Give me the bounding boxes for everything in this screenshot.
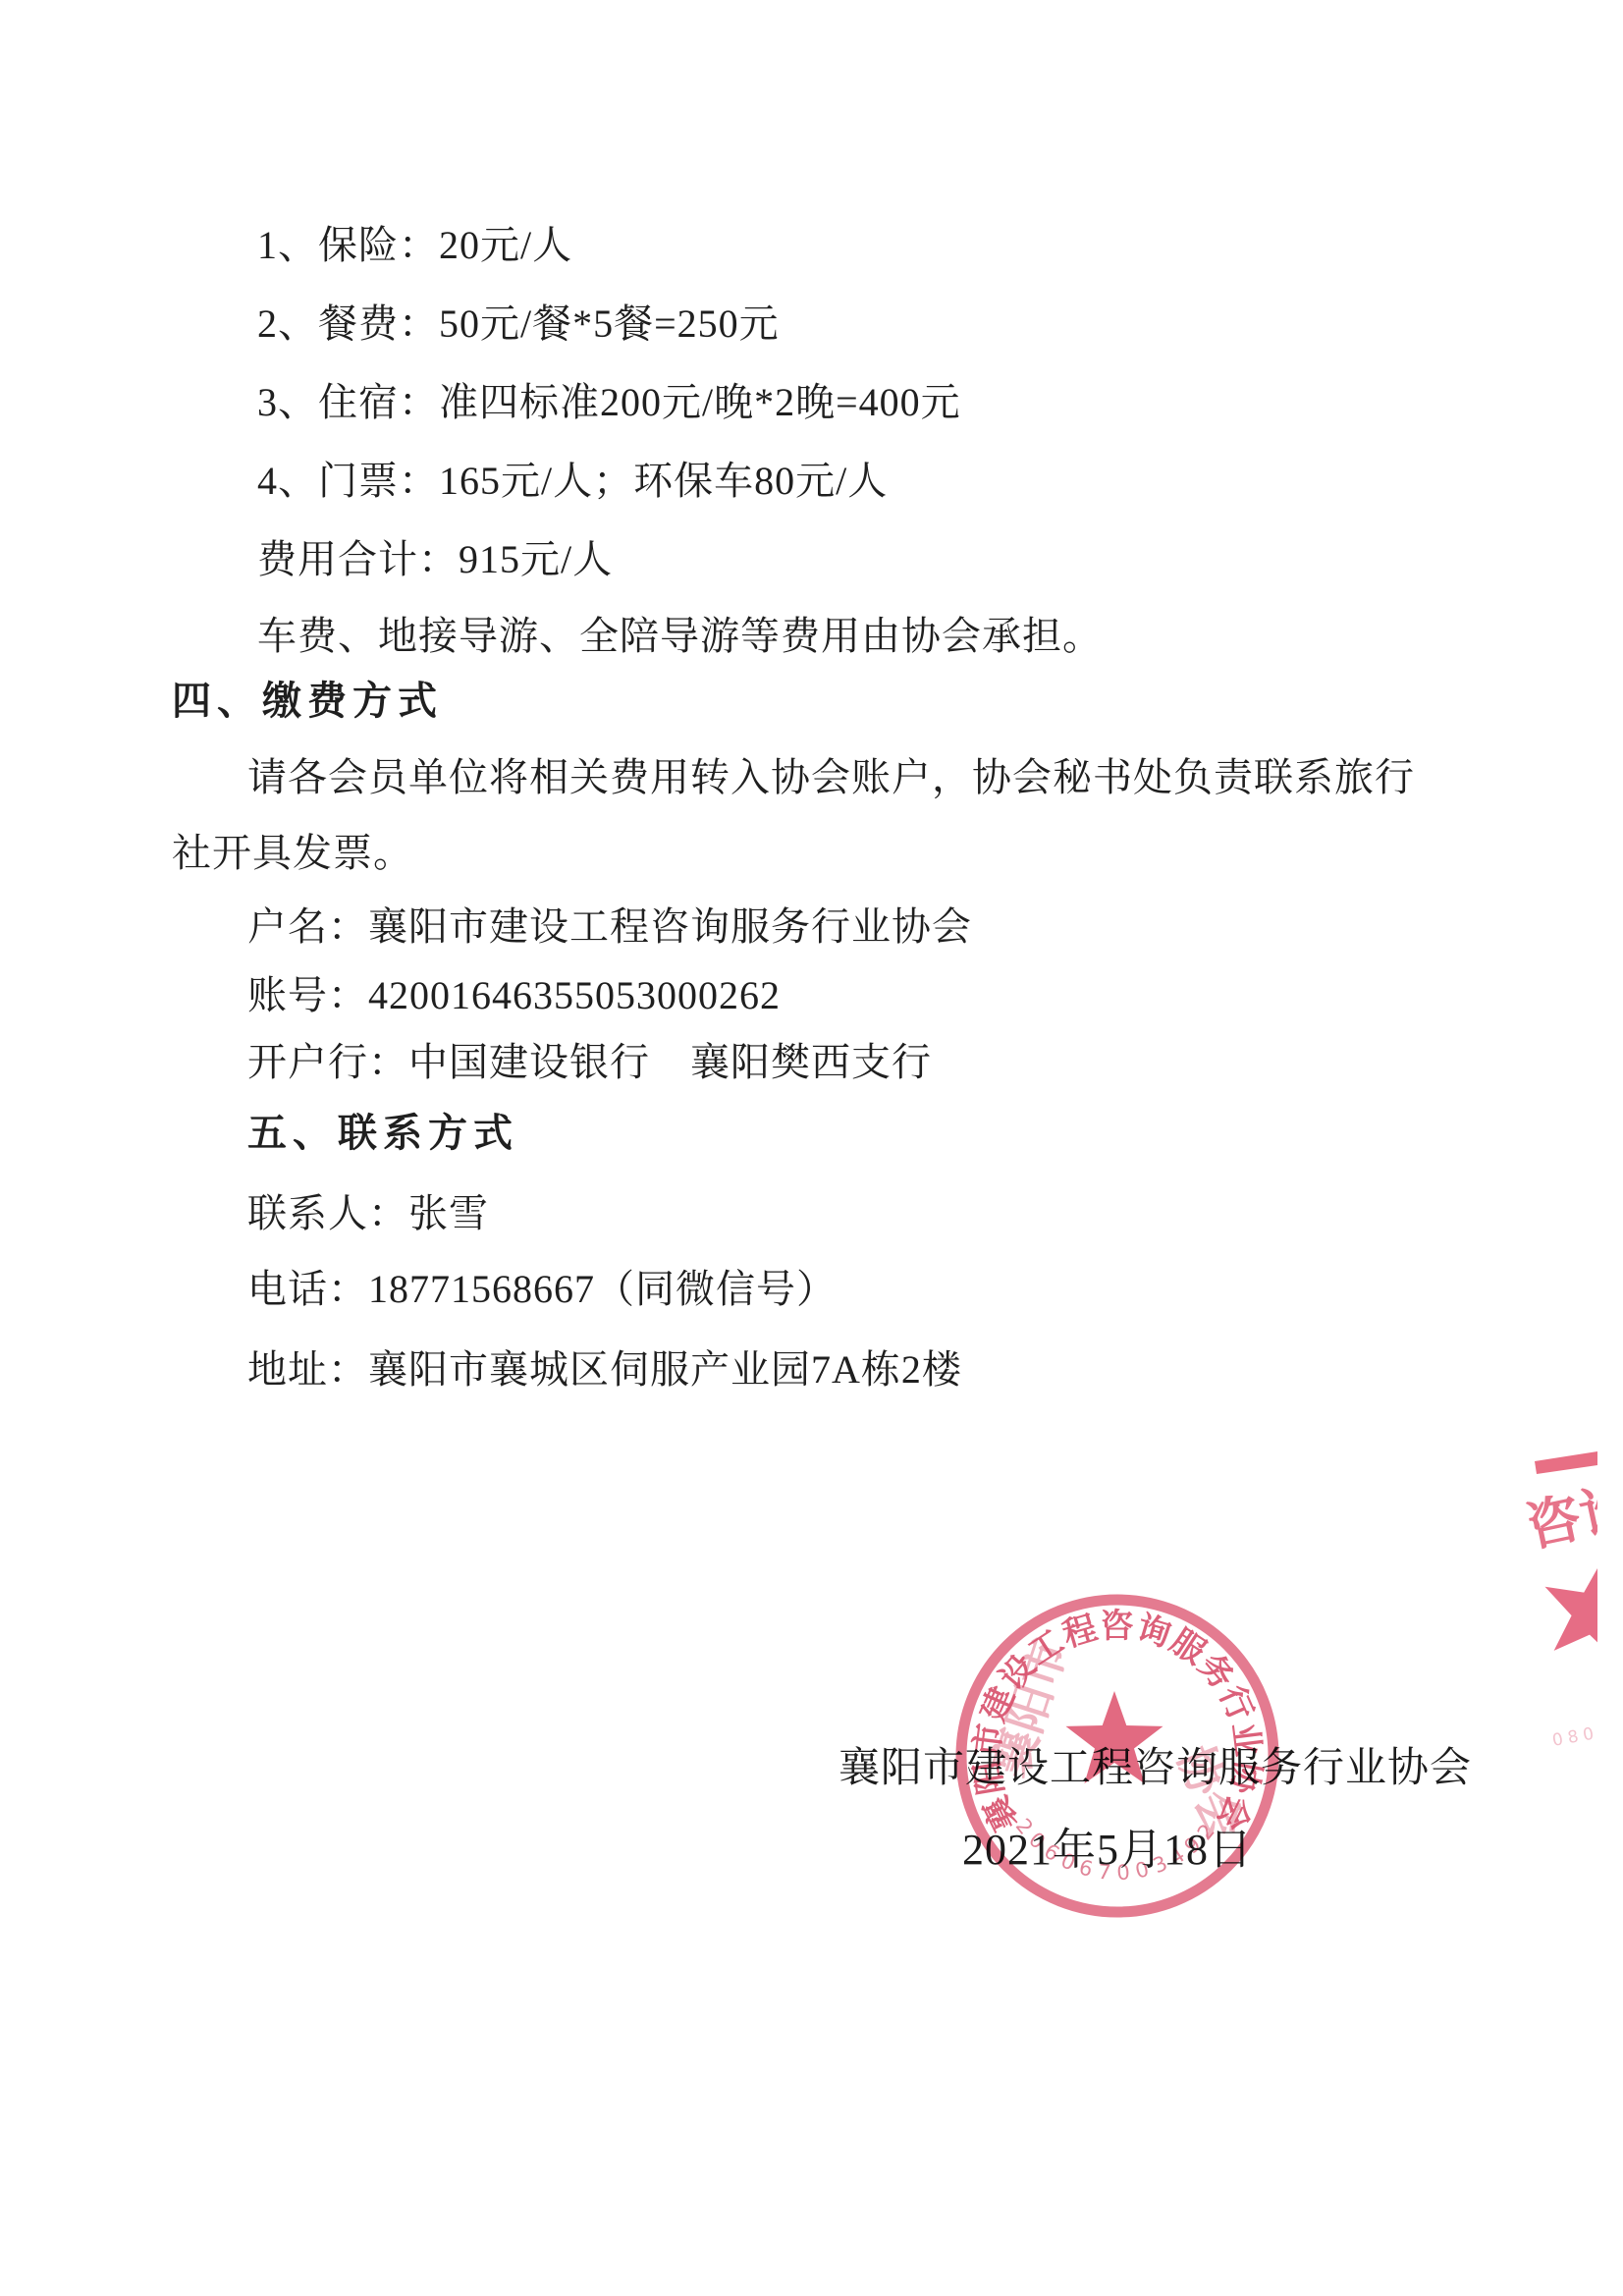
section-heading-payment: 四、缴费方式	[172, 680, 443, 723]
partial-seal-digits: 080	[1551, 1723, 1600, 1751]
document-page: { "colors": { "seal_red": "#dd5a74", "se…	[0, 0, 1623, 2296]
contact-address-line: 地址：襄阳市襄城区伺服产业园7A栋2楼	[247, 1348, 962, 1392]
partial-seal-bar	[1535, 1451, 1597, 1474]
scanned-notice-page: 1、保险：20元/人 2、餐费：50元/餐*5餐=250元 3、住宿：准四标准2…	[0, 0, 1623, 2296]
payment-paragraph-line2: 社开具发票。	[172, 832, 413, 875]
contact-person-line: 联系人：张雪	[247, 1192, 489, 1235]
cost-item-meals: 2、餐费：50元/餐*5餐=250元	[257, 302, 780, 346]
seal-code-digits: 206067003492	[1011, 1814, 1224, 1885]
contact-phone-line: 电话：18771568667（同微信号）	[247, 1268, 837, 1311]
partial-seal-fragment: 咨询 080	[1515, 1444, 1605, 1758]
cost-item-tickets: 4、门票：165元/人；环保车80元/人	[257, 460, 888, 503]
partial-seal-star-icon	[1535, 1550, 1605, 1666]
section-heading-contact: 五、联系方式	[247, 1112, 518, 1155]
payment-paragraph-line1: 请各会员单位将相关费用转入协会账户，协会秘书处负责联系旅行	[247, 756, 1415, 799]
official-seal: 襄阳市 协会 襄阳市建设工程咨询服务行业协会 206067003492	[947, 1586, 1287, 1926]
cost-note-line: 车费、地接导游、全陪导游等费用由协会承担。	[257, 615, 1103, 658]
partial-seal-chars: 咨询	[1521, 1477, 1605, 1558]
bank-line: 开户行：中国建设银行 襄阳樊西支行	[247, 1041, 932, 1084]
cost-item-lodging: 3、住宿：准四标准200元/晚*2晚=400元	[257, 381, 961, 424]
account-name-line: 户名：襄阳市建设工程咨询服务行业协会	[247, 905, 972, 949]
cost-total-line: 费用合计：915元/人	[257, 538, 613, 581]
account-number-line: 账号：42001646355053000262	[247, 974, 781, 1017]
seal-star-icon	[1066, 1691, 1163, 1783]
cost-item-insurance: 1、保险：20元/人	[257, 224, 572, 267]
